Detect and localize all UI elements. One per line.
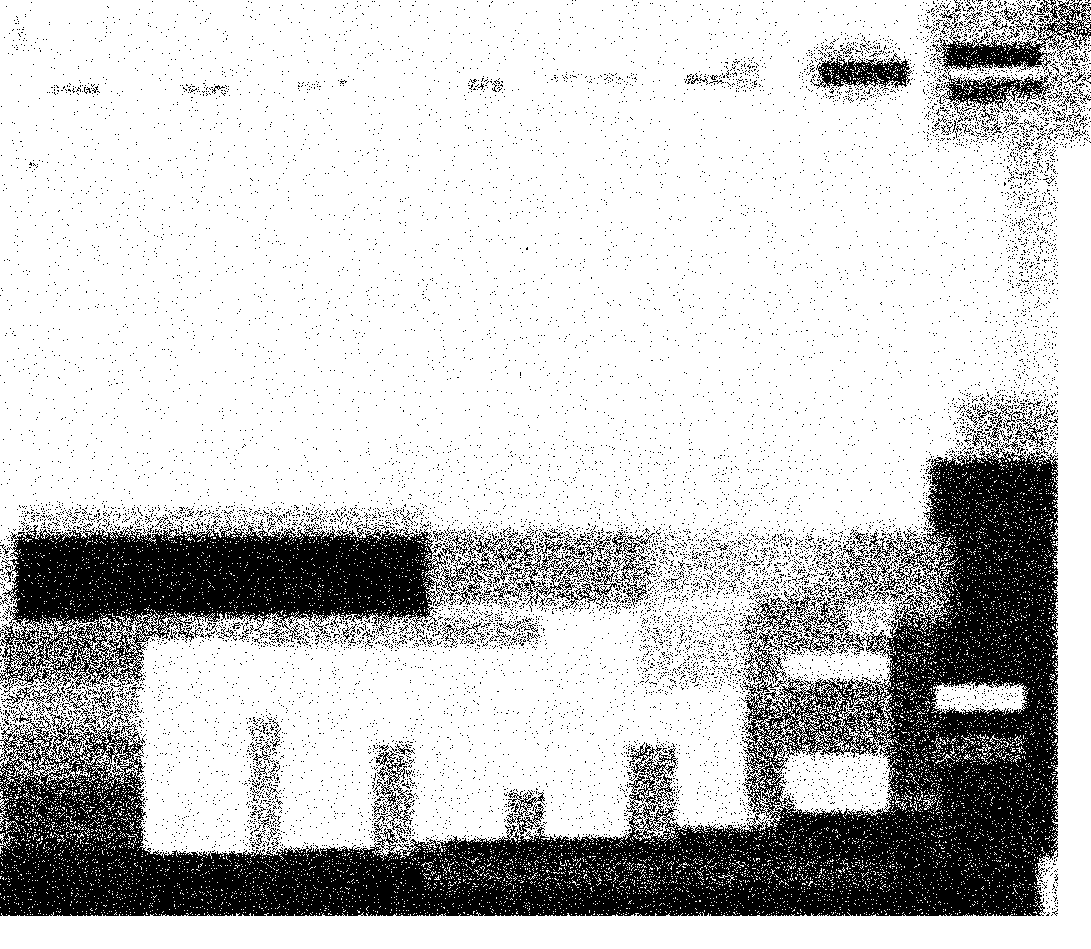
dithered-photo-canvas <box>0 0 1091 949</box>
scanned-page: Heavily dithered black-and-white halfton… <box>0 0 1091 949</box>
photo-figure: Heavily dithered black-and-white halfton… <box>0 0 1091 949</box>
